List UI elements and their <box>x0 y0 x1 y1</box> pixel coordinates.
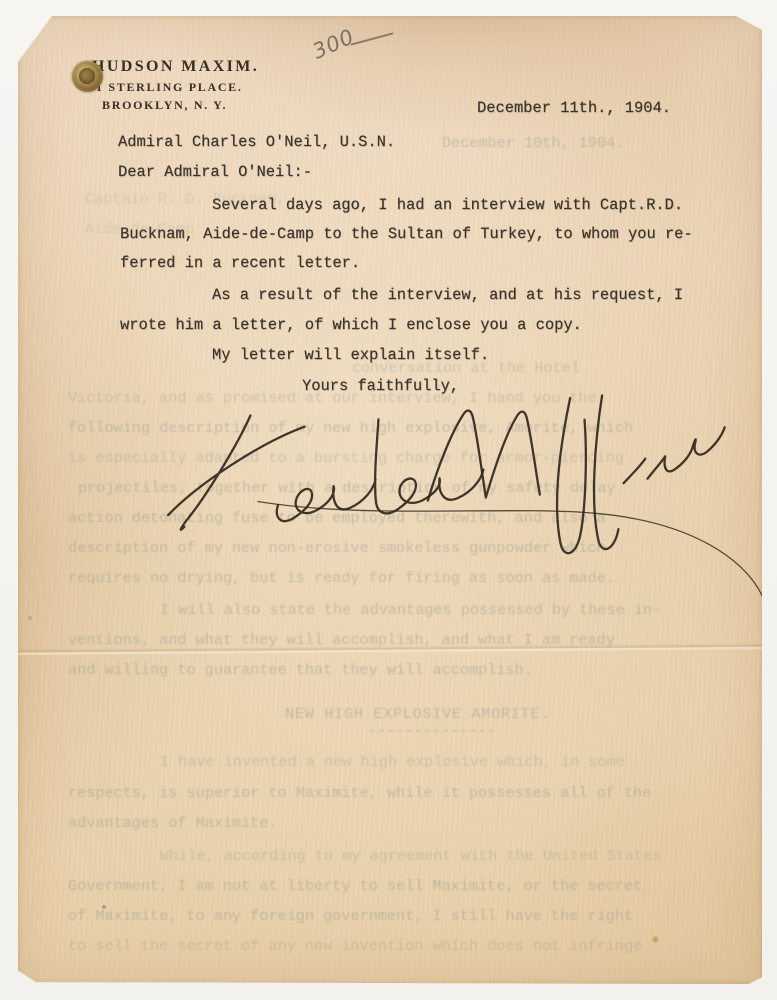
scan-background: December 10th, 1904. Captain R. D. Buckn… <box>0 0 777 1000</box>
bleedthrough-line: Government, I am not at liberty to sell … <box>68 879 642 894</box>
paper-speck <box>28 616 32 620</box>
body-line: My letter will explain itself. <box>212 347 489 363</box>
bleedthrough-heading-underline: -------------- <box>368 724 496 739</box>
bleedthrough-line: advantages of Maximite. <box>68 816 278 831</box>
bleedthrough-date: December 10th, 1904. <box>442 136 624 151</box>
bleedthrough-line: of Maximite, to any foreign government, … <box>68 909 633 924</box>
price-annotation-dash <box>350 32 393 46</box>
bleedthrough-line: While, according to my agreement with th… <box>160 849 661 864</box>
bleedthrough-line: I have invented a new high explosive whi… <box>160 755 625 770</box>
letterhead-address-line2: BROOKLYN, N. Y. <box>102 98 227 113</box>
signature-stroke <box>426 409 540 500</box>
signature-stroke <box>555 393 727 553</box>
salutation-line: Dear Admiral O'Neil:- <box>118 164 312 180</box>
body-line: ferred in a recent letter. <box>120 255 360 271</box>
body-line: Bucknam, Aide-de-Camp to the Sultan of T… <box>120 226 693 242</box>
rust-stain <box>651 936 660 943</box>
brass-fastener <box>72 61 103 92</box>
paper-speck <box>102 905 106 909</box>
signature-tail-stroke <box>258 493 764 608</box>
letterhead-address-line1: 1 STERLING PLACE. <box>96 80 243 95</box>
bleedthrough-line: and willing to guarantee that they will … <box>68 663 533 678</box>
recipient-line: Admiral Charles O'Neil, U.S.N. <box>118 134 395 150</box>
bleedthrough-line: to sell the secret of any new invention … <box>68 939 642 954</box>
letter-paper: December 10th, 1904. Captain R. D. Buckn… <box>18 16 762 984</box>
bleedthrough-heading: NEW HIGH EXPLOSIVE AMORITE. <box>285 707 550 722</box>
date-line: December 11th., 1904. <box>477 100 671 116</box>
signature-ink <box>126 380 777 631</box>
body-line: Several days ago, I had an interview wit… <box>212 197 683 213</box>
body-line: wrote him a letter, of which I enclose y… <box>120 317 582 333</box>
body-line: As a result of the interview, and at his… <box>212 287 683 303</box>
letterhead-name: HUDSON MAXIM. <box>92 58 259 76</box>
bleedthrough-line: respects, is superior to Maximite, while… <box>68 786 651 801</box>
